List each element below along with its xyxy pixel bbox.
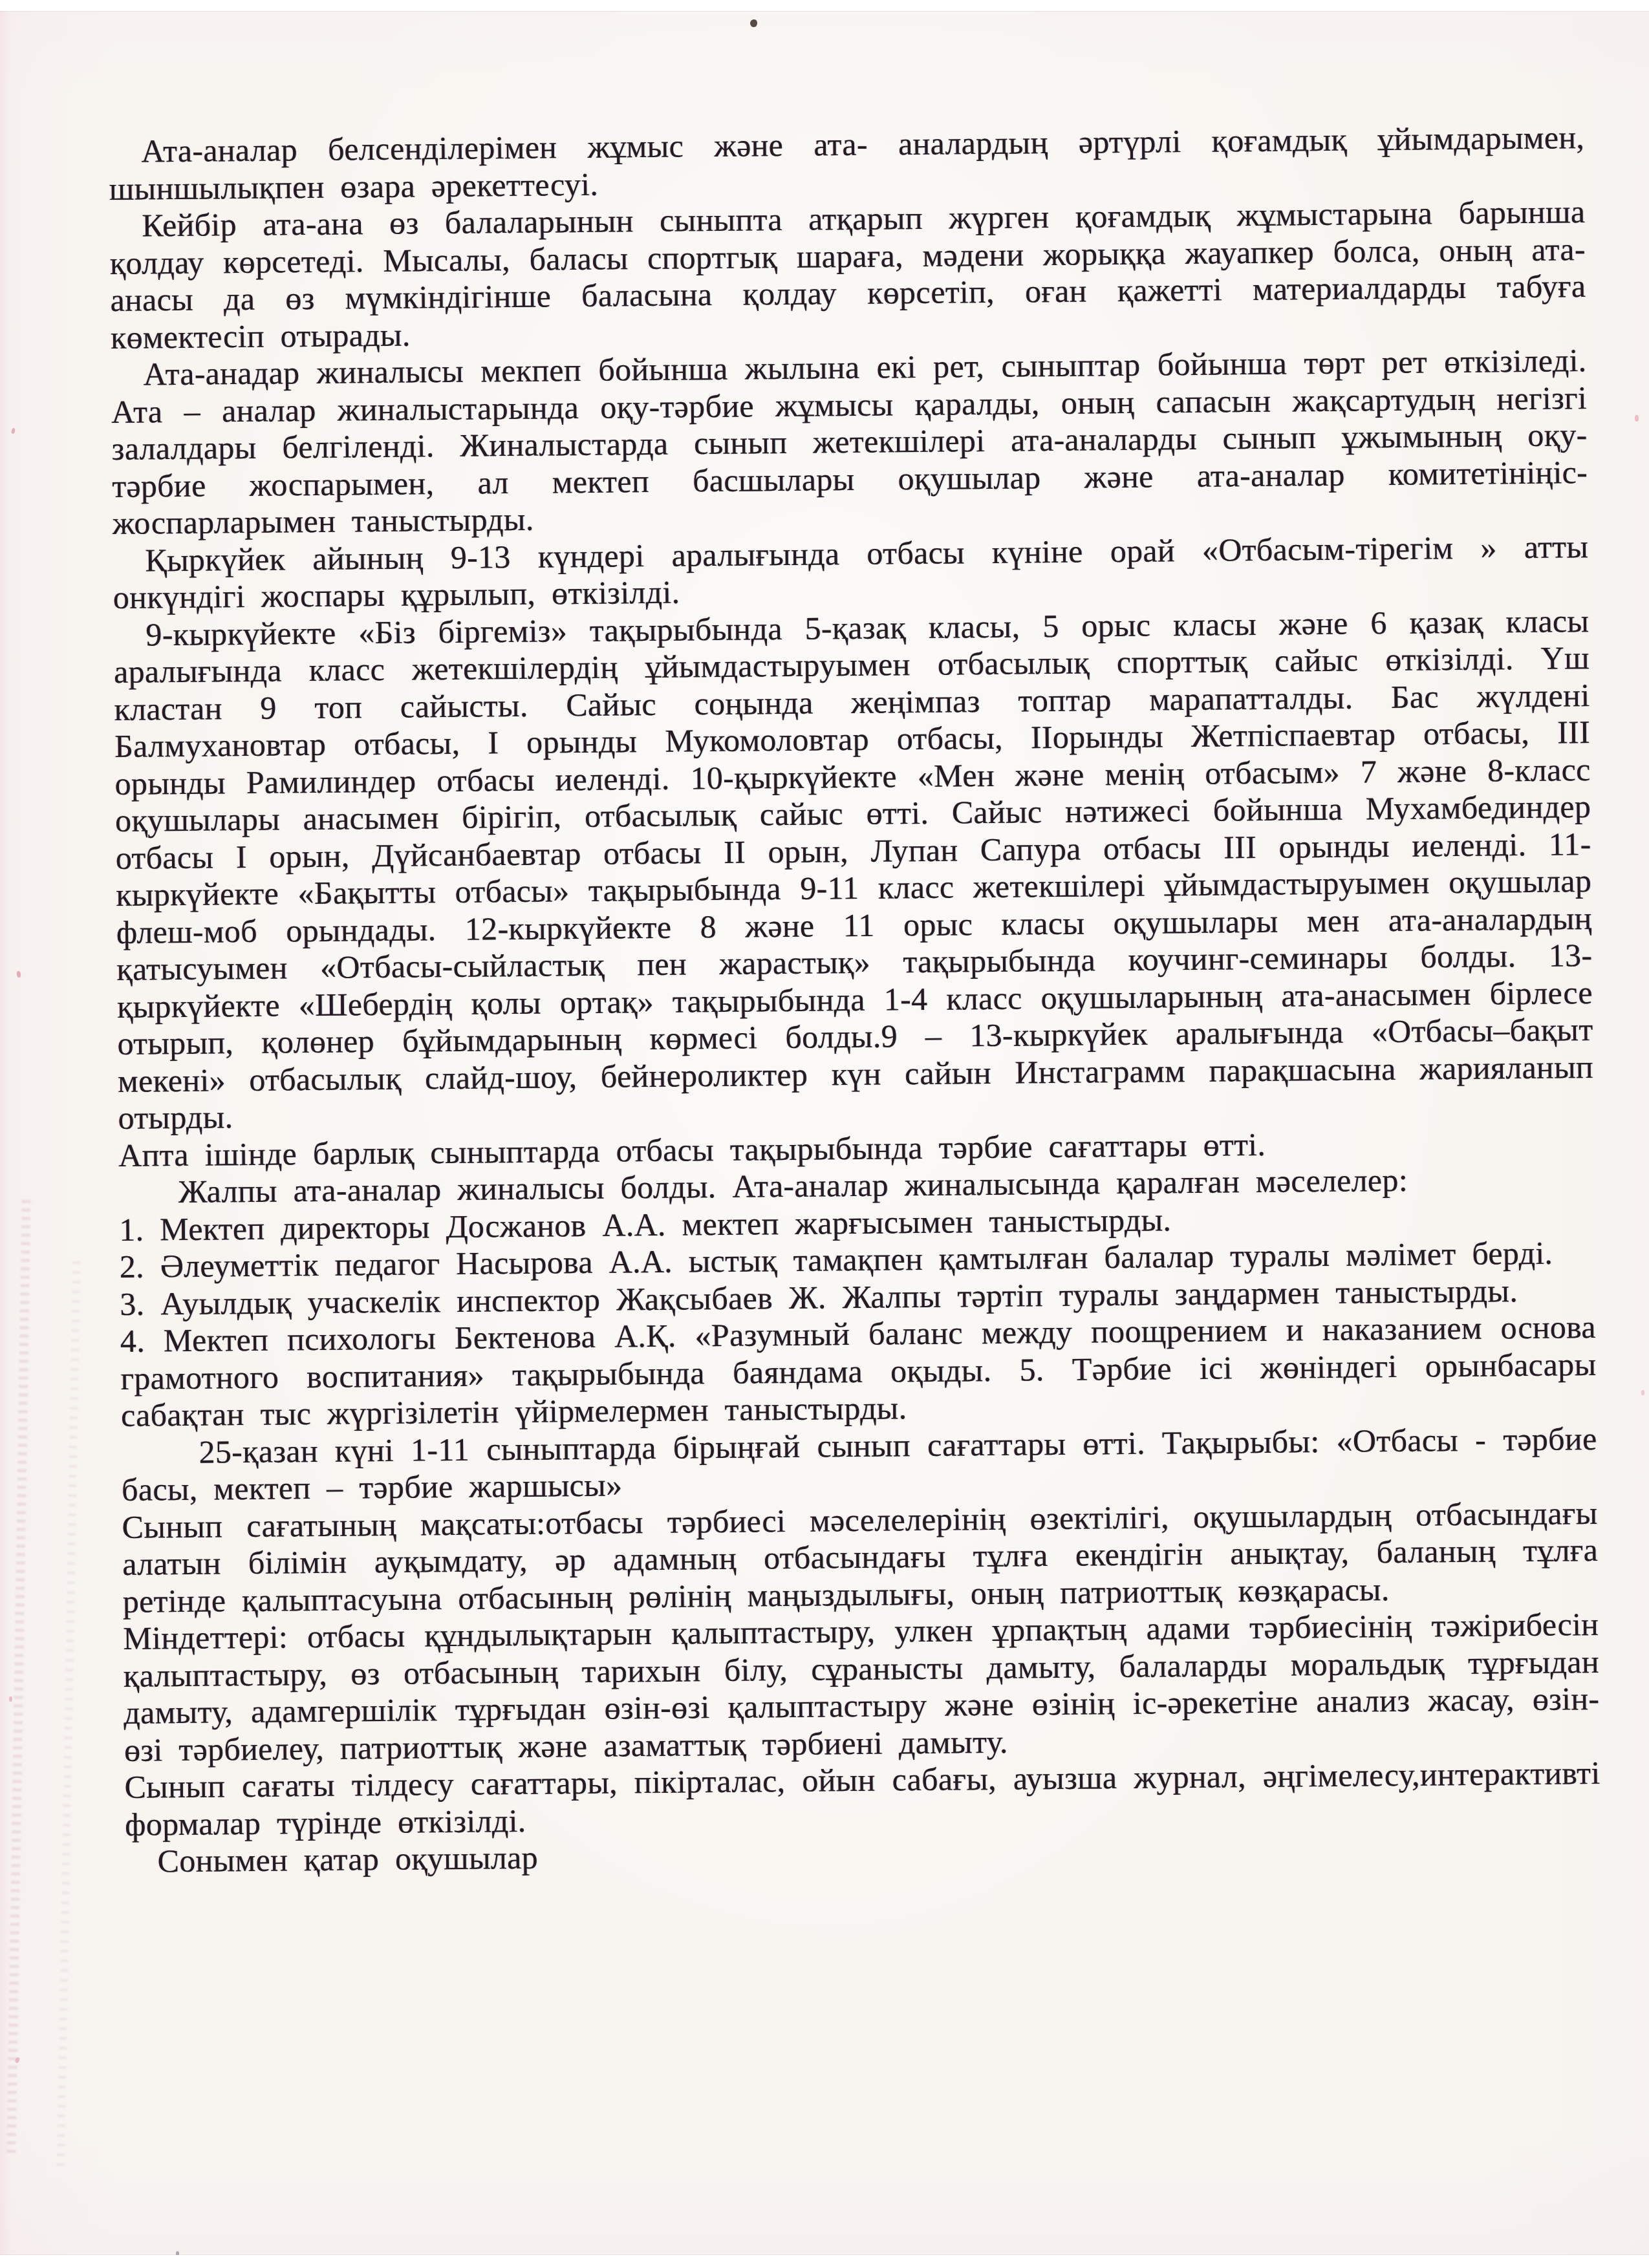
paragraph: 4. Мектеп психологы Бектенова А.Қ. «Разу… xyxy=(120,1309,1597,1434)
paragraph: Кейбір ата-ана өз балаларынын сыныпта ат… xyxy=(109,193,1586,356)
scan-speck-artifact xyxy=(11,428,16,434)
scan-speck-artifact xyxy=(1641,1390,1644,1395)
paragraph: Сынып сағаты тілдесу сағаттары, пікіртал… xyxy=(124,1755,1600,1843)
paragraph: 25-қазан күні 1-11 сыныптарда бірыңғай с… xyxy=(121,1420,1597,1509)
scanner-edge-top xyxy=(0,0,1649,11)
scan-left-edge-tint xyxy=(0,0,12,2268)
scanner-edge-bottom xyxy=(0,2255,1649,2268)
scan-speck-artifact xyxy=(1635,415,1639,422)
paragraph: 9-кыркүйекте «Біз біргеміз» тақырыбында … xyxy=(113,603,1594,1137)
paragraph: Сынып сағатының мақсаты:отбасы тәрбиесі … xyxy=(122,1494,1599,1620)
paragraph: Ата-анадар жиналысы мекпеп бойынша жылын… xyxy=(111,342,1588,542)
ink-dot-artifact xyxy=(750,19,757,27)
scanned-page: Ата-аналар белсенділерімен жұмыс және ат… xyxy=(0,0,1649,2268)
scan-speck-artifact xyxy=(9,1696,12,1702)
scan-speck-artifact xyxy=(15,2057,21,2064)
paragraph: Қыркүйек айының 9-13 күндері аралығында … xyxy=(113,528,1589,617)
scan-speck-artifact xyxy=(16,971,21,978)
paragraph: Міндеттері: отбасы құндылықтарын қалыпта… xyxy=(123,1606,1600,1769)
paragraph: Ата-аналар белсенділерімен жұмыс және ат… xyxy=(109,119,1585,208)
document-text: Ата-аналар белсенділерімен жұмыс және ат… xyxy=(109,119,1601,1880)
scan-ghost-bleed-artifact xyxy=(57,1261,80,2166)
